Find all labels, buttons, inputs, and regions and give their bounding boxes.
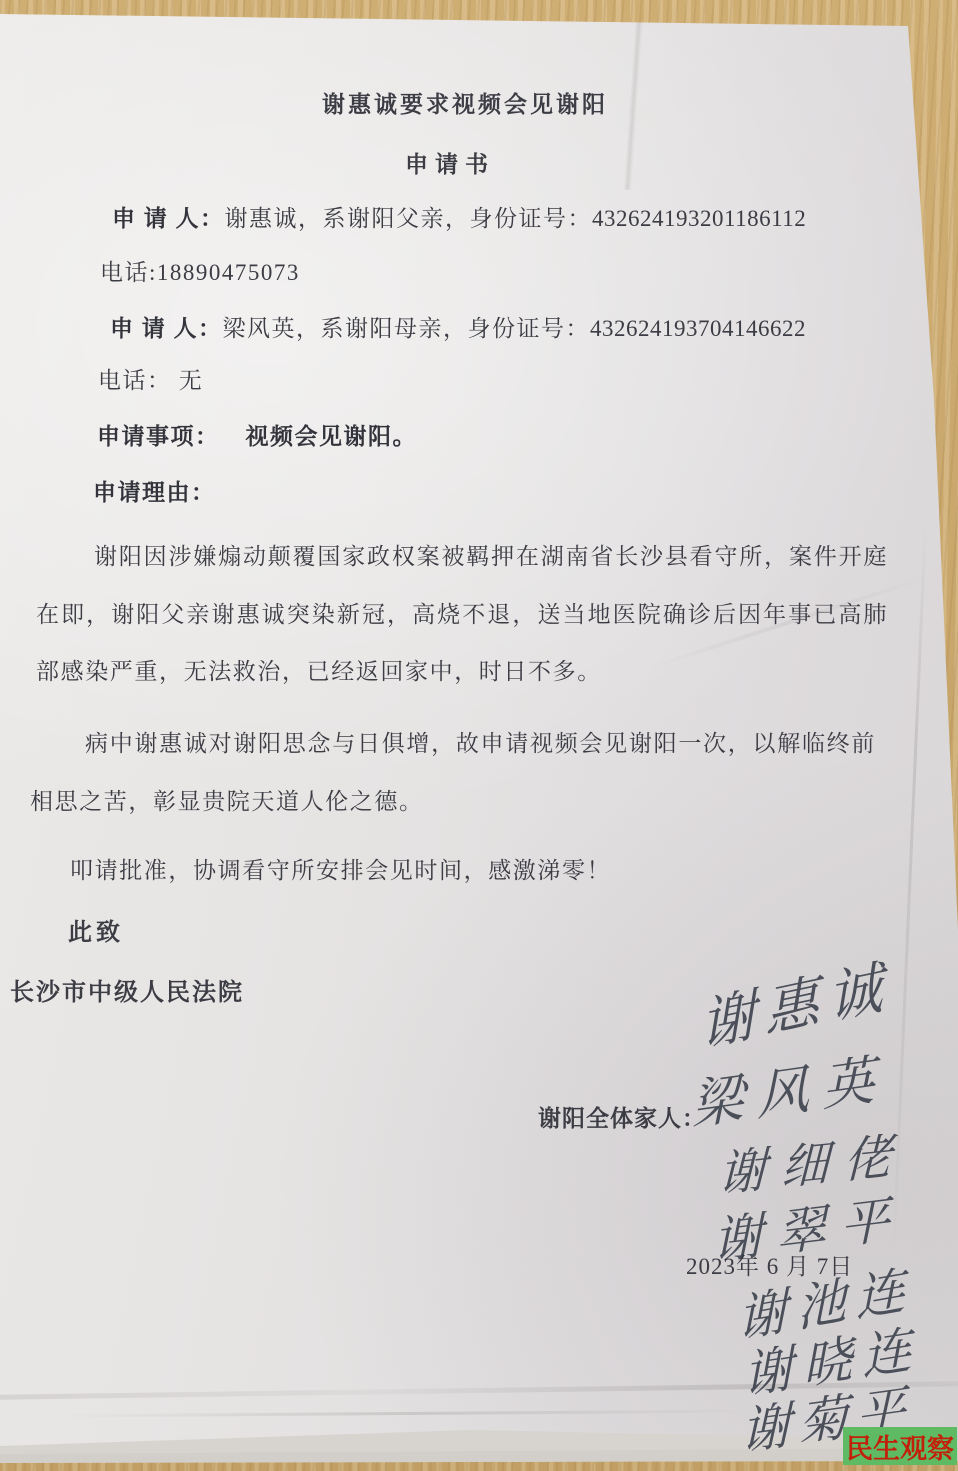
- body-paragraph-3: 叩请批准，协调看守所安排会见时间，感激涕零！: [40, 842, 920, 900]
- body-paragraph-2: 病中谢惠诚对谢阳思念与日俱增，故申请视频会见谢阳一次，以解临终前相思之苦，彰显贵…: [30, 715, 876, 830]
- document-text-layer: 谢惠诚要求视频会见谢阳 申请书 申 请 人：谢惠诚，系谢阳父亲，身份证号：432…: [0, 0, 958, 1471]
- applicant-1-id-number: 432624193201186112: [592, 206, 806, 231]
- applicant-1-label: 申 请 人：: [112, 206, 225, 231]
- applicant-1-line: 申 请 人：谢惠诚，系谢阳父亲，身份证号：432624193201186112: [112, 200, 806, 233]
- document-type-heading: 申请书: [0, 146, 900, 179]
- addressee-court-name: 长沙市中级人民法院: [10, 972, 244, 1007]
- applicant-2-id-number: 432624193704146622: [590, 316, 806, 341]
- closing-salutation: 此致: [68, 912, 124, 947]
- request-item-value: 视频会见谢阳。: [246, 424, 418, 449]
- applicant-1-info: 谢惠诚，系谢阳父亲，身份证号：: [225, 206, 593, 231]
- request-item-label: 申请事项：: [97, 424, 220, 449]
- reason-heading: 申请理由：: [93, 474, 216, 507]
- applicant-2-info: 梁风英，系谢阳母亲，身份证号：: [223, 316, 591, 341]
- document-title: 谢惠诚要求视频会见谢阳: [0, 86, 930, 119]
- signature-block-label: 谢阳全体家人：: [538, 1100, 706, 1133]
- photo-of-application-document: { "document": { "title": "谢惠诚要求视频会见谢阳", …: [0, 0, 958, 1471]
- applicant-1-phone: 电话:18890475073: [100, 254, 300, 287]
- minsheng-observer-watermark: 民生观察: [843, 1427, 957, 1465]
- applicant-2-label: 申 请 人：: [110, 316, 223, 341]
- body-paragraph-1: 谢阳因涉嫌煽动颠覆国家政权案被羁押在湖南省长沙县看守所，案件开庭在即，谢阳父亲谢…: [36, 528, 888, 701]
- applicant-2-line: 申 请 人：梁风英，系谢阳母亲，身份证号：432624193704146622: [110, 310, 806, 343]
- applicant-2-phone: 电话： 无: [98, 362, 203, 395]
- request-item-line: 申请事项：视频会见谢阳。: [97, 418, 417, 451]
